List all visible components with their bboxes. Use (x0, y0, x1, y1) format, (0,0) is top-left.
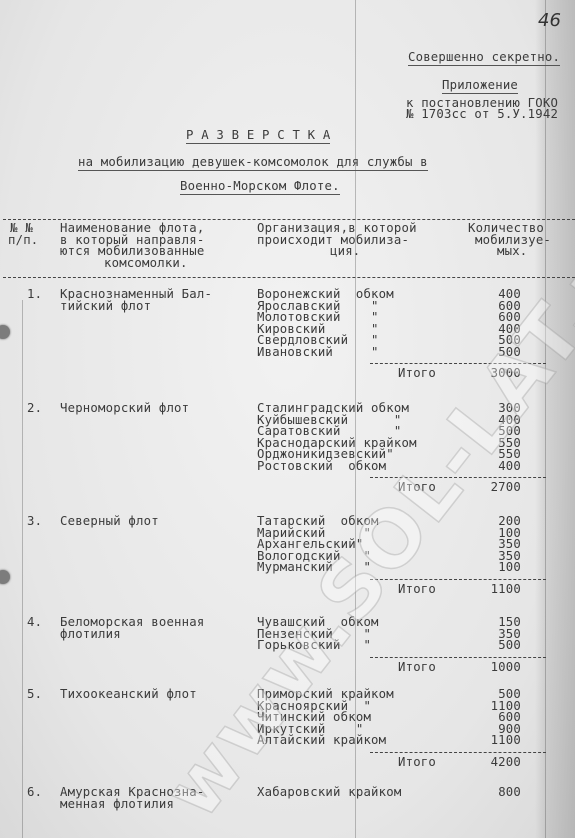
column-header-3: ция. (330, 246, 360, 258)
organization-name: Хабаровский крайком (257, 787, 401, 799)
document-title-text: Р А З В Е Р С Т К А (186, 128, 330, 144)
fleet-name: Северный флот (60, 516, 159, 528)
appendix-text: Приложение (442, 78, 518, 94)
quantity-value: 100 (498, 562, 521, 574)
subtotal-label: Итого (398, 482, 436, 494)
column-header-2: комсомолки. (104, 258, 188, 270)
subtotal-value: 1000 (491, 662, 521, 674)
organization-name: Алтайский крайком (257, 735, 386, 747)
subtotal-label: Итого (398, 662, 436, 674)
row-number: 5. (27, 689, 42, 701)
subtotal-rule (370, 579, 546, 580)
row-number: 4. (27, 617, 42, 629)
row-number: 3. (27, 516, 42, 528)
column-header-1: п/п. (8, 235, 38, 247)
appendix-label: Приложение (442, 80, 518, 92)
subtitle-1-text: на мобилизацию девушек-комсомолок для сл… (78, 155, 428, 171)
row-number: 6. (27, 787, 42, 799)
quantity-value: 1100 (491, 735, 521, 747)
page-number: 46 (538, 10, 561, 31)
fleet-name: Тихоокеанский флот (60, 689, 197, 701)
fleet-name: Черноморский флот (60, 403, 189, 415)
subtotal-rule (370, 363, 546, 364)
quantity-value: 400 (498, 461, 521, 473)
subtotal-label: Итого (398, 757, 436, 769)
column-header-4: мых. (497, 246, 527, 258)
scan-fold-line (545, 0, 546, 838)
document-title: Р А З В Е Р С Т К А (186, 130, 330, 142)
organization-name: Ивановский " (257, 347, 379, 359)
classification-stamp: Совершенно секретно. (408, 52, 560, 64)
subtotal-value: 1100 (491, 584, 521, 596)
punch-hole (0, 570, 10, 584)
subtotal-label: Итого (398, 584, 436, 596)
scan-fold-line (22, 300, 23, 838)
table-header-top-rule (3, 219, 575, 220)
subtotal-label: Итого (398, 368, 436, 380)
quantity-value: 800 (498, 787, 521, 799)
subtotal-value: 4200 (491, 757, 521, 769)
classification-text: Совершенно секретно. (408, 50, 560, 66)
organization-name: Горьковский " (257, 640, 371, 652)
row-number: 1. (27, 289, 42, 301)
subtotal-rule (370, 477, 546, 478)
fleet-name: тийский флот (60, 301, 151, 313)
subtotal-value: 2700 (491, 482, 521, 494)
subtotal-rule (370, 752, 546, 753)
subtotal-rule (370, 657, 546, 658)
reference-line-2: № 1703сс от 5.У.1942 (406, 109, 558, 121)
fleet-name: флотилия (60, 629, 121, 641)
table-header-bottom-rule (3, 277, 575, 278)
quantity-value: 500 (498, 347, 521, 359)
row-number: 2. (27, 403, 42, 415)
fleet-name: менная флотилия (60, 799, 174, 811)
punch-hole (0, 325, 10, 339)
document-subtitle-1: на мобилизацию девушек-комсомолок для сл… (78, 157, 428, 169)
organization-name: Мурманский " (257, 562, 371, 574)
subtotal-value: 3000 (491, 368, 521, 380)
quantity-value: 500 (498, 640, 521, 652)
subtitle-2-text: Военно-Морском Флоте. (180, 179, 340, 195)
organization-name: Ростовский обком (257, 461, 386, 473)
document-subtitle-2: Военно-Морском Флоте. (180, 181, 340, 193)
